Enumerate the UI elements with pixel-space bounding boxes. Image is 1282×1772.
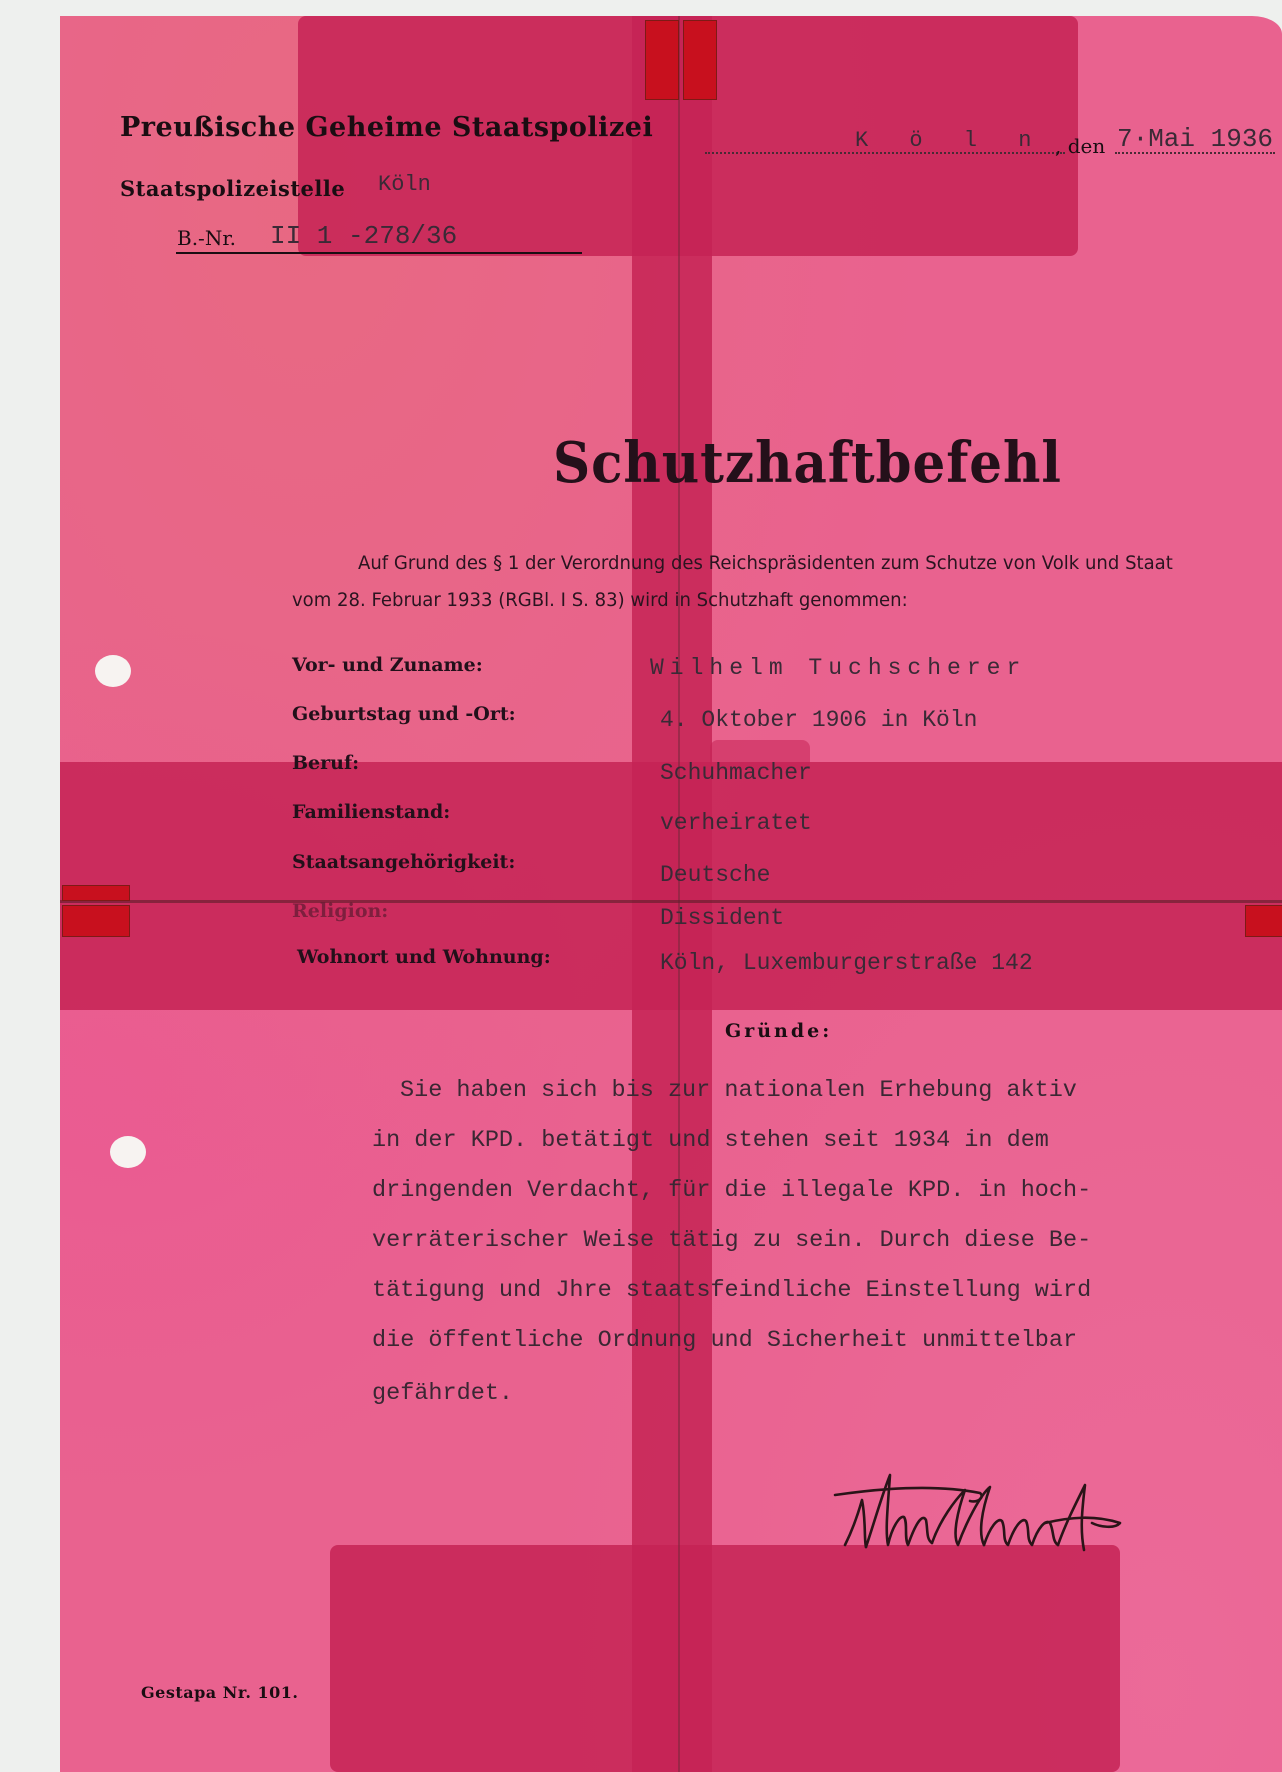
stain-vertical bbox=[632, 16, 712, 1772]
intro-line-2: vom 28. Februar 1933 (RGBl. I S. 83) wir… bbox=[292, 589, 908, 611]
reasons-heading: Gründe: bbox=[725, 1020, 832, 1042]
stain-bottom bbox=[330, 1545, 1120, 1772]
reference-label: B.-Nr. bbox=[177, 226, 236, 250]
vertical-fold bbox=[678, 16, 680, 1772]
place-name: K ö l n bbox=[855, 128, 1045, 153]
date-prefix: , den bbox=[1055, 134, 1105, 158]
field-value-name: Wilhelm Tuchscherer bbox=[650, 655, 1026, 681]
signature bbox=[830, 1465, 1130, 1555]
tape-top-right bbox=[683, 20, 717, 100]
reason-line-4: verräterischer Weise tätig zu sein. Durc… bbox=[372, 1227, 1091, 1254]
reference-number: II 1 -278/36 bbox=[270, 221, 457, 251]
reference-underline bbox=[176, 252, 582, 254]
field-value-nationality: Deutsche bbox=[660, 862, 770, 888]
field-value-occupation: Schuhmacher bbox=[660, 760, 812, 786]
field-value-residence: Köln, Luxemburgerstraße 142 bbox=[660, 950, 1033, 976]
reason-line-3: dringenden Verdacht, für die illegale KP… bbox=[372, 1177, 1091, 1204]
field-value-birth: 4. Oktober 1906 in Köln bbox=[660, 707, 977, 733]
intro-line-1: Auf Grund des § 1 der Verordnung des Rei… bbox=[358, 552, 1173, 574]
field-value-religion: Dissident bbox=[660, 905, 784, 931]
office-city: Köln bbox=[378, 172, 431, 197]
horizontal-fold bbox=[60, 900, 1282, 903]
tape-left-upper bbox=[62, 885, 130, 901]
agency-name: Preußische Geheime Staatspolizei bbox=[120, 112, 653, 143]
field-label-name: Vor- und Zuname: bbox=[292, 654, 483, 676]
tape-top-left bbox=[645, 20, 679, 100]
office-label: Staatspolizeistelle bbox=[120, 176, 345, 201]
punch-hole-upper bbox=[95, 655, 131, 687]
reason-line-2: in der KPD. betätigt und stehen seit 193… bbox=[372, 1127, 1049, 1154]
field-label-nationality: Staatsangehörigkeit: bbox=[292, 851, 515, 873]
field-label-marital-status: Familienstand: bbox=[292, 801, 450, 823]
form-number: Gestapa Nr. 101. bbox=[141, 1683, 298, 1702]
place-dotline bbox=[705, 152, 1065, 154]
reason-line-1: Sie haben sich bis zur nationalen Erhebu… bbox=[400, 1077, 1077, 1104]
field-label-birth: Geburtstag und -Ort: bbox=[292, 703, 516, 725]
tape-left-lower bbox=[62, 905, 130, 937]
punch-hole-lower bbox=[110, 1136, 146, 1168]
field-label-religion: Religion: bbox=[292, 900, 388, 922]
date-dotline bbox=[1115, 152, 1275, 154]
field-label-occupation: Beruf: bbox=[292, 752, 359, 774]
reason-line-7: gefährdet. bbox=[372, 1380, 513, 1407]
document-title: Schutzhaftbefehl bbox=[553, 430, 1062, 496]
field-value-marital-status: verheiratet bbox=[660, 810, 812, 836]
field-label-residence: Wohnort und Wohnung: bbox=[297, 946, 551, 968]
reason-line-5: tätigung und Jhre staatsfeindliche Einst… bbox=[372, 1277, 1091, 1304]
reason-line-6: die öffentliche Ordnung und Sicherheit u… bbox=[372, 1327, 1077, 1354]
tape-right bbox=[1245, 905, 1282, 937]
issue-date: 7·Mai 1936 bbox=[1117, 124, 1273, 154]
